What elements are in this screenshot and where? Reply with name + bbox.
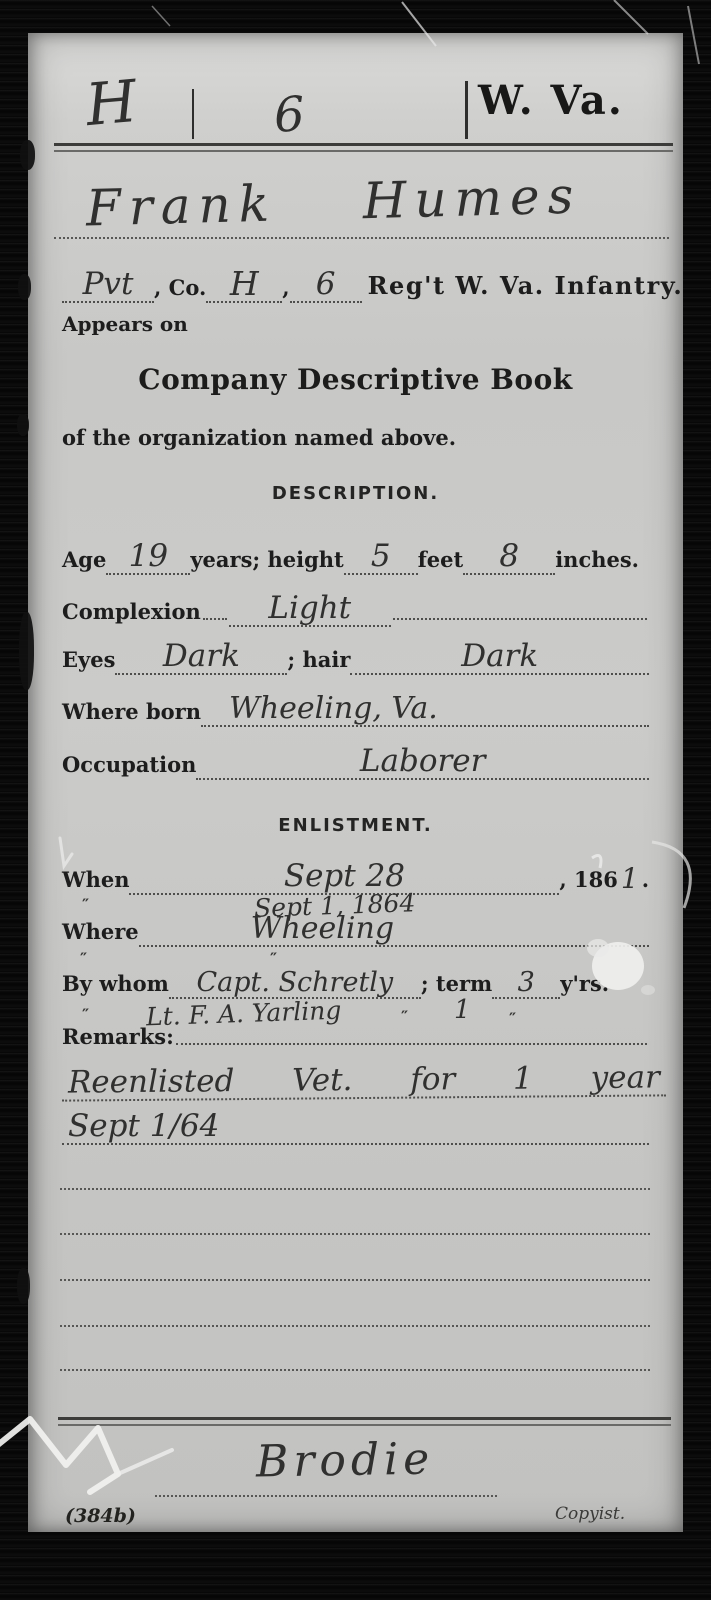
eyes-value: Dark	[115, 641, 287, 675]
year-period: .	[642, 867, 649, 895]
term-unit-label: y'rs.	[560, 971, 609, 999]
header-company-letter: H	[83, 67, 139, 139]
age-label: Age	[62, 547, 106, 575]
header-state-label: W. Va.	[478, 77, 624, 124]
leader-dots	[203, 618, 227, 620]
height-feet-value: 5	[344, 541, 418, 575]
appears-on-label: Appears on	[62, 312, 188, 336]
film-blotch	[17, 414, 29, 436]
hair-label: ; hair	[287, 647, 350, 675]
complexion-value: Light	[229, 593, 391, 627]
name-rule	[54, 237, 669, 239]
remarks-row: Remarks:	[62, 1007, 649, 1052]
signature-rule	[155, 1495, 497, 1497]
year-prefix-label: , 186	[559, 867, 617, 895]
height-inches-value: 8	[463, 541, 555, 575]
occupation-row: Occupation Laborer	[62, 735, 649, 780]
where-label: Where	[62, 919, 139, 947]
born-row: Where born Wheeling, Va.	[62, 682, 649, 727]
when-label: When	[62, 867, 129, 895]
by-whom-row: By whom Capt. Schretly ; term 3 y'rs.	[62, 954, 649, 999]
when-row: When Sept 28 , 186 1 .	[62, 850, 649, 895]
regiment-value: 6	[290, 269, 362, 303]
company-value: H	[206, 267, 282, 303]
by-whom-value: Capt. Schretly	[169, 969, 421, 999]
where-row: Where Wheeling	[62, 902, 649, 947]
age-height-row: Age 19 years; height 5 feet 8 inches.	[62, 530, 649, 575]
footer-double-rule	[58, 1417, 671, 1426]
complexion-row: Complexion Light	[62, 582, 649, 627]
header-regiment-number: 6	[273, 86, 306, 144]
leader-dots	[176, 1043, 647, 1045]
where-value: Wheeling	[139, 914, 649, 947]
scanned-photo-frame: H 6 W. Va. Frank Humes Pvt , Co. H , 6 R…	[0, 0, 711, 1600]
year-digit-value: 1	[618, 862, 642, 895]
blank-line	[60, 1369, 650, 1371]
film-blotch	[19, 612, 34, 690]
unit-line: Pvt , Co. H , 6 Reg't W. Va. Infantry.	[62, 253, 649, 303]
header-divider-bar-2	[465, 81, 468, 139]
regiment-label: Reg't W. Va. Infantry.	[362, 271, 684, 303]
term-years-value: 3	[492, 969, 560, 999]
hair-value: Dark	[350, 641, 649, 675]
eyes-hair-row: Eyes Dark ; hair Dark	[62, 630, 649, 675]
soldier-name: Frank Humes	[85, 167, 582, 238]
co-label: , Co.	[154, 275, 206, 303]
remarks-line-2: Sept 1/64	[62, 1099, 649, 1145]
height-label: years; height	[190, 547, 343, 575]
occupation-label: Occupation	[62, 752, 196, 780]
age-value: 19	[106, 541, 190, 575]
comma-label: ,	[282, 275, 289, 303]
record-title: Company Descriptive Book	[28, 363, 683, 396]
header-double-rule	[54, 143, 673, 152]
blank-line	[60, 1233, 650, 1235]
form-number: (384b)	[65, 1505, 136, 1527]
copyist-label: Copyist.	[555, 1504, 625, 1524]
leader-dots	[393, 618, 647, 620]
inches-label: inches.	[555, 547, 639, 575]
description-heading: DESCRIPTION.	[28, 483, 683, 504]
occupation-value: Laborer	[196, 746, 649, 780]
by-whom-label: By whom	[62, 971, 169, 999]
enlistment-heading: ENLISTMENT.	[28, 815, 683, 836]
complexion-label: Complexion	[62, 599, 201, 627]
film-blotch	[17, 1268, 30, 1304]
header-divider-bar-1	[192, 89, 194, 139]
remarks-line-1: Reenlisted Vet. for 1 year	[62, 1053, 649, 1099]
blank-line	[60, 1188, 650, 1190]
rank-value: Pvt	[62, 269, 154, 303]
born-value: Wheeling, Va.	[201, 694, 649, 727]
remarks-line-2-text: Sept 1/64	[62, 1111, 649, 1145]
born-label: Where born	[62, 699, 201, 727]
blank-line	[60, 1325, 650, 1327]
feet-label: feet	[418, 547, 463, 575]
film-blotch	[18, 274, 31, 300]
copyist-signature: Brodie	[256, 1433, 435, 1487]
remarks-label: Remarks:	[62, 1024, 174, 1052]
record-subtitle: of the organization named above.	[62, 425, 456, 450]
blank-line	[60, 1279, 650, 1281]
remarks-line-1-text: Reenlisted Vet. for 1 year	[62, 1063, 666, 1102]
eyes-label: Eyes	[62, 647, 115, 675]
record-card: H 6 W. Va. Frank Humes Pvt , Co. H , 6 R…	[28, 33, 683, 1532]
film-blotch	[20, 140, 35, 170]
